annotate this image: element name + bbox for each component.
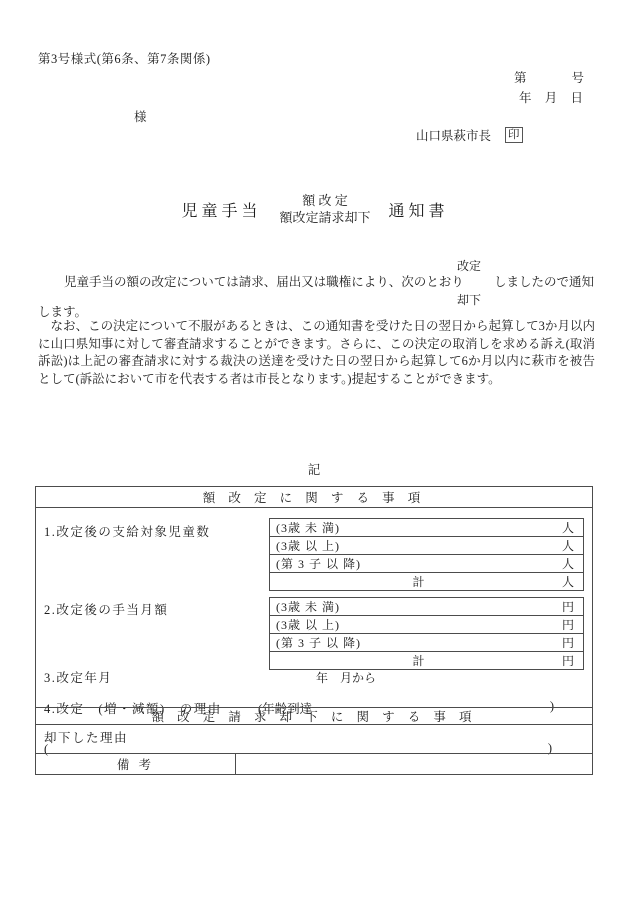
item1-label: 1.改定後の支給対象児童数 <box>44 522 210 540</box>
row-unit: 人 <box>562 519 575 536</box>
addressee-honorific: 様 <box>134 107 147 125</box>
issuer-line: 山口県萩市長 印 <box>416 126 523 144</box>
table-row: (3歳 以 上) 円 <box>270 615 583 633</box>
row-unit: 円 <box>562 652 575 669</box>
row-unit: 円 <box>562 634 575 651</box>
item3-value: 年 月から <box>316 669 376 686</box>
row-unit: 人 <box>562 555 575 572</box>
paragraph1-option-bottom: 却下 <box>457 291 481 308</box>
section2-header: 額 改 定 請 求 却 下 に 関 す る 事 項 <box>36 707 592 725</box>
paragraph1-option-top: 改定 <box>457 257 481 274</box>
ki-label: 記 <box>0 460 630 478</box>
table-row: (3歳 以 上) 人 <box>270 536 583 554</box>
doc-number-prefix: 第 <box>514 68 527 86</box>
paragraph1-tail: しましたので通知 <box>494 272 594 290</box>
paragraph1-text: 児童手当の額の改定については請求、届出又は職権により、次のとおり <box>64 272 464 290</box>
title-prefix: 児童手当 <box>181 198 261 221</box>
row-unit: 円 <box>562 616 575 633</box>
table-row: (第 3 子 以 降) 人 <box>270 554 583 572</box>
remarks-label: 備 考 <box>36 754 236 774</box>
remarks-value <box>236 754 592 774</box>
date-day-label: 日 <box>570 88 583 106</box>
item1-subtable: (3歳 未 満) 人 (3歳 以 上) 人 (第 3 子 以 降) 人 計 人 <box>269 518 584 591</box>
seal-mark: 印 <box>505 127 523 143</box>
title-option-top: 額 改 定 <box>302 192 348 209</box>
table-row-total: 計 人 <box>270 572 583 590</box>
issuer-name: 山口県萩市長 <box>416 126 491 144</box>
row-label: (3歳 未 満) <box>276 598 562 615</box>
row-label: (第 3 子 以 降) <box>276 634 562 651</box>
row-unit: 円 <box>562 598 575 615</box>
paragraph2-appeal-notice: なお、この決定について不服があるときは、この通知書を受けた日の翌日から起算して3… <box>38 318 595 388</box>
title-suffix: 通知書 <box>389 198 449 221</box>
row-unit: 人 <box>562 537 575 554</box>
row-label: 計 <box>276 652 562 669</box>
table-row: (第 3 子 以 降) 円 <box>270 633 583 651</box>
date-year-label: 年 <box>519 88 532 106</box>
section1-header: 額 改 定 に 関 す る 事 項 <box>36 487 592 508</box>
date-line: 年 月 日 <box>519 88 583 106</box>
row-unit: 人 <box>562 573 575 590</box>
paragraph1-option-stack: 改定 却下 <box>450 257 488 308</box>
row-label: (第 3 子 以 降) <box>276 555 562 572</box>
row-label: 計 <box>276 573 562 590</box>
date-month-label: 月 <box>545 88 558 106</box>
table-row-total: 計 円 <box>270 651 583 669</box>
document-number-line: 第 号 <box>514 68 584 86</box>
form-style-number: 第3号様式(第6条、第7条関係) <box>38 49 211 67</box>
row-label: (3歳 未 満) <box>276 519 562 536</box>
title-option-stack: 額 改 定 額改定請求却下 <box>279 192 370 226</box>
item2-subtable: (3歳 未 満) 円 (3歳 以 上) 円 (第 3 子 以 降) 円 計 円 <box>269 597 584 670</box>
table-row: (3歳 未 満) 人 <box>270 519 583 536</box>
title-option-bottom: 額改定請求却下 <box>279 209 370 226</box>
item2-label: 2.改定後の手当月額 <box>44 600 168 618</box>
doc-number-suffix: 号 <box>571 68 584 86</box>
document-title: 児童手当 額 改 定 額改定請求却下 通知書 <box>0 192 630 226</box>
row-label: (3歳 以 上) <box>276 616 562 633</box>
remarks-row: 備 考 <box>36 753 592 774</box>
revision-table: 額 改 定 に 関 す る 事 項 1.改定後の支給対象児童数 (3歳 未 満)… <box>35 486 593 775</box>
rejection-reason-label: 却下した理由 <box>44 728 128 746</box>
form-page: 第3号様式(第6条、第7条関係) 第 号 年 月 日 様 山口県萩市長 印 児童… <box>0 0 630 903</box>
table-row: (3歳 未 満) 円 <box>270 598 583 615</box>
row-label: (3歳 以 上) <box>276 537 562 554</box>
item3-label: 3.改定年月 <box>44 668 112 686</box>
